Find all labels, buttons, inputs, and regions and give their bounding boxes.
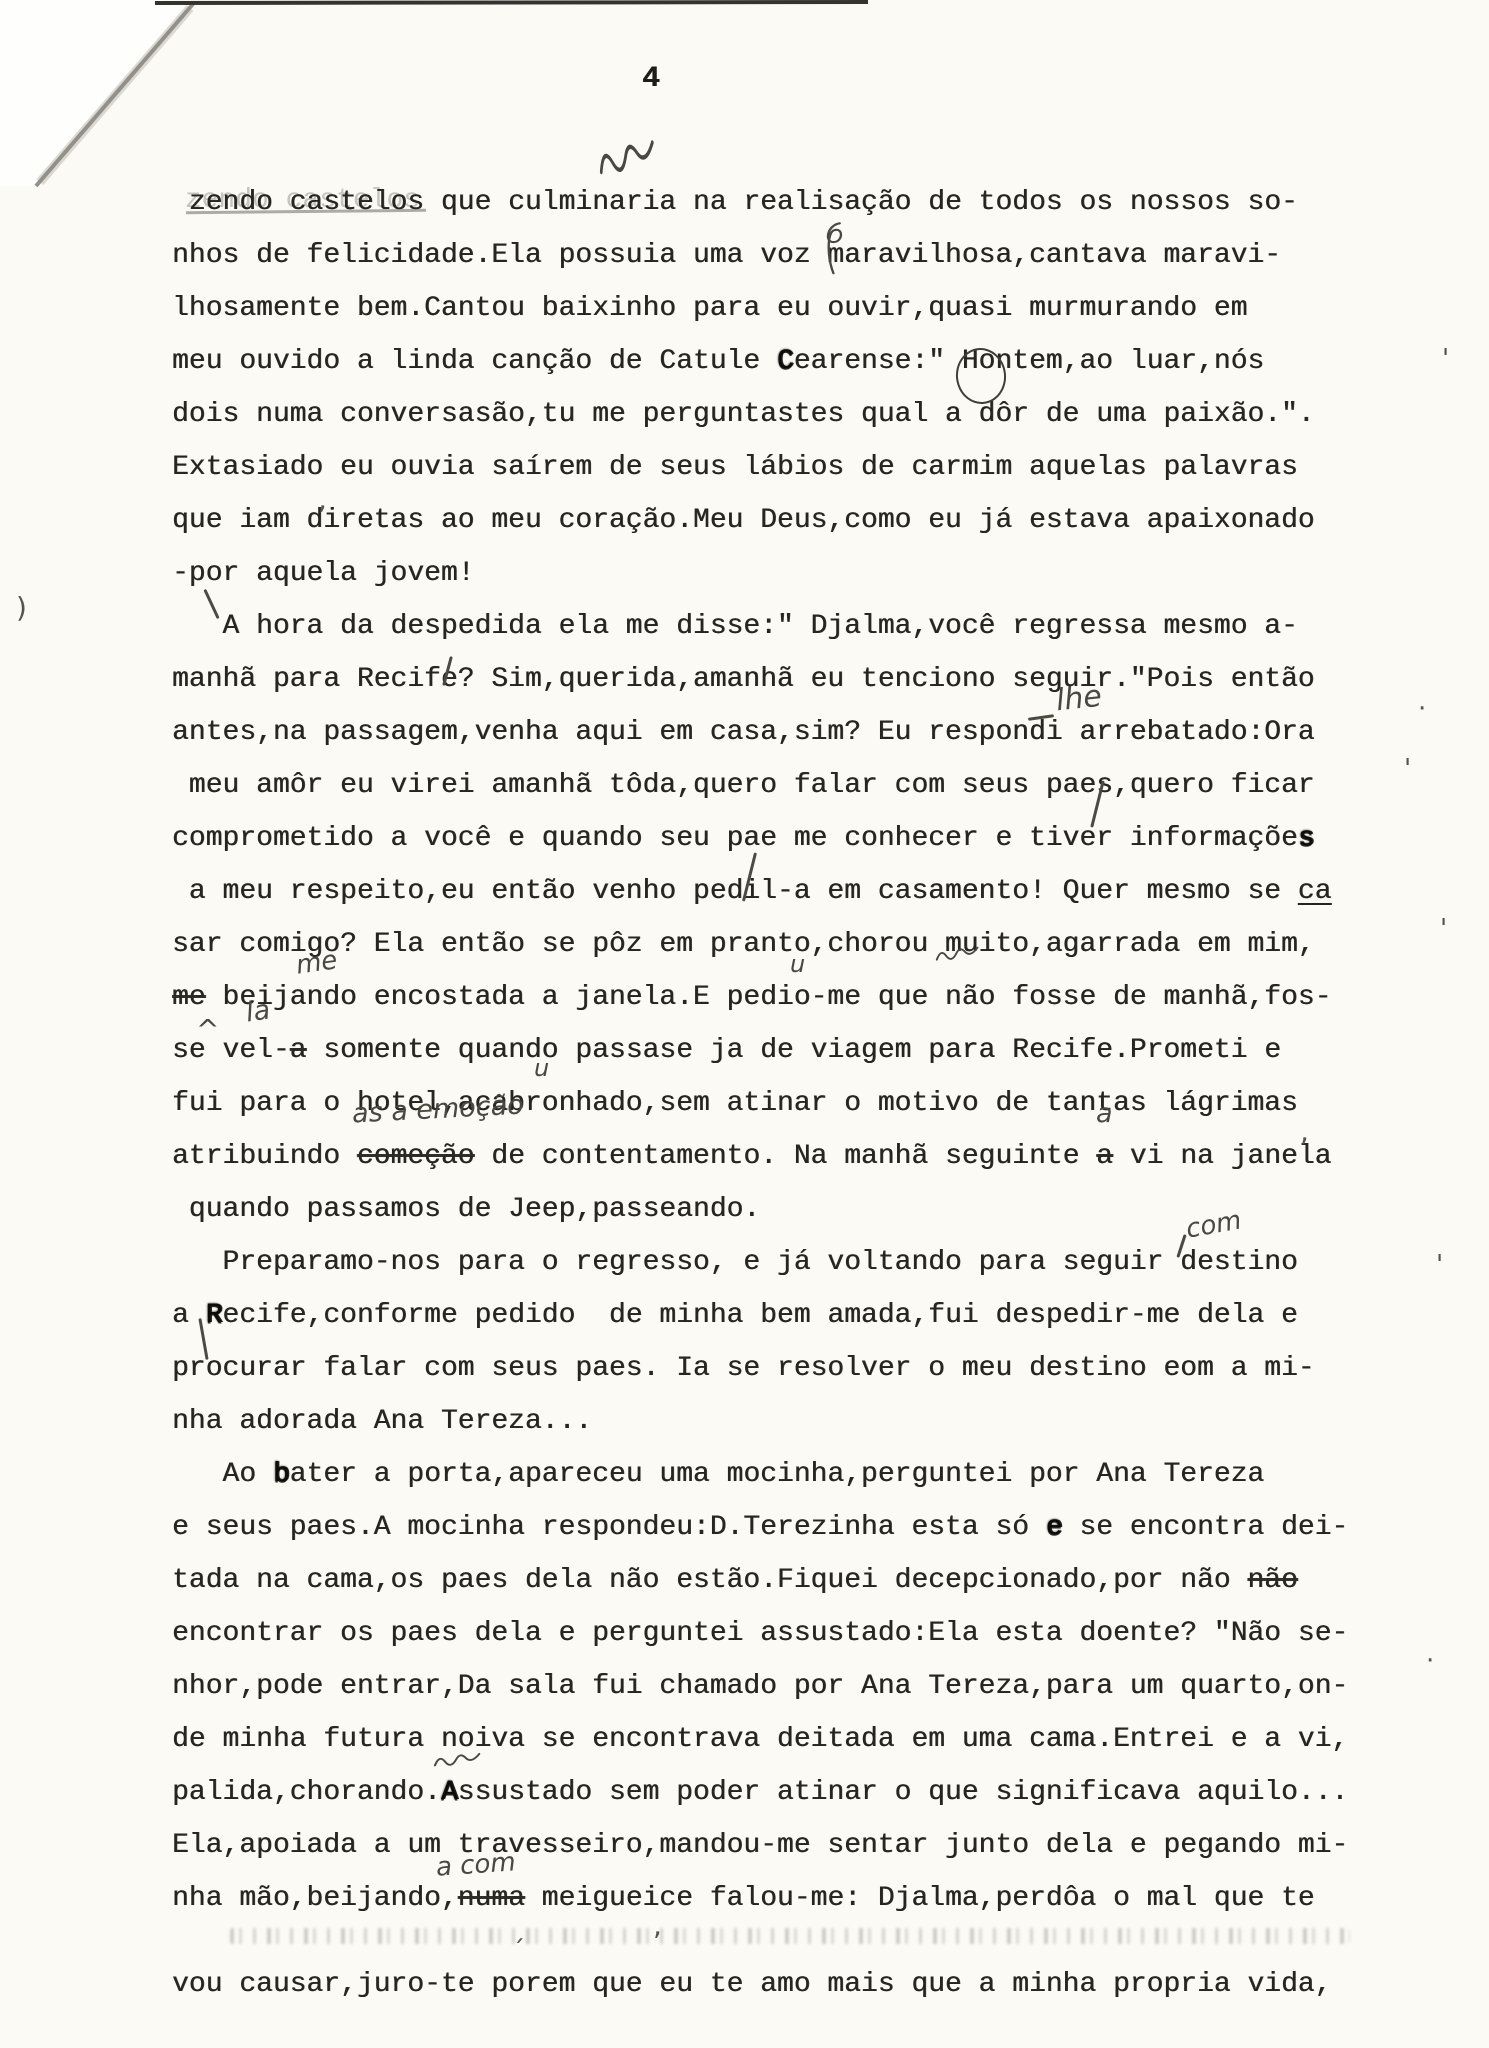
text-segment: nhos de felicidade.Ela possuia uma voz m… bbox=[172, 240, 1281, 271]
text-segment: somente quando passase ja de viagem para… bbox=[306, 1035, 1281, 1066]
text-line: -por aquela jovem! bbox=[172, 547, 1472, 600]
text-line: fui para o hotel,acabronhado,sem atinar … bbox=[172, 1077, 1472, 1130]
folded-corner bbox=[0, 0, 192, 186]
text-segment: que iam diretas ao meu coração.Meu Deus,… bbox=[172, 505, 1315, 536]
text-segment: earense:" Hontem,ao luar,nós bbox=[794, 346, 1264, 377]
text-segment: se encontra dei- bbox=[1063, 1512, 1349, 1543]
text-segment: que culminaria na realisação de todos os… bbox=[424, 187, 1298, 218]
text-segment: beijando encostada a janela.E pedio-me q… bbox=[206, 982, 1332, 1013]
text-segment: fui para o hotel,acabronhado,sem atinar … bbox=[172, 1088, 1298, 1119]
text-segment: nha mão,beijando, bbox=[172, 1883, 458, 1914]
text-line: procurar falar com seus paes. Ia se reso… bbox=[172, 1342, 1472, 1395]
text-line: sar comigo? Ela então se pôz em pranto,c… bbox=[172, 918, 1472, 971]
text-segment: tada na cama,os paes dela não estão.Fiqu… bbox=[172, 1565, 1247, 1596]
text-segment-strike: numa bbox=[458, 1883, 525, 1914]
text-segment: se vel- bbox=[172, 1035, 290, 1066]
text-line: e seus paes.A mocinha respondeu:D.Terezi… bbox=[172, 1501, 1472, 1554]
text-segment: nha adorada Ana Tereza... bbox=[172, 1406, 592, 1437]
fold-crease-line bbox=[36, 4, 193, 186]
scanned-document-page: 4 zendo castelos que culminaria na reali… bbox=[0, 0, 1489, 2048]
text-segment: ssustado sem poder atinar o que signific… bbox=[458, 1777, 1349, 1808]
text-segment: sar comigo? Ela então se pôz em pranto,c… bbox=[172, 929, 1315, 960]
text-segment: Ao bbox=[172, 1459, 273, 1490]
text-line: Ao bater a porta,apareceu uma mocinha,pe… bbox=[172, 1448, 1472, 1501]
text-segment: atribuindo bbox=[172, 1141, 357, 1172]
text-line: nha adorada Ana Tereza... bbox=[172, 1395, 1472, 1448]
text-line: a Recife,conforme pedido de minha bem am… bbox=[172, 1289, 1472, 1342]
text-segment: e seus paes.A mocinha respondeu:D.Terezi… bbox=[172, 1512, 1046, 1543]
text-line: nhor,pode entrar,Da sala fui chamado por… bbox=[172, 1660, 1472, 1713]
text-segment-blot: A bbox=[441, 1777, 458, 1808]
text-line: Extasiado eu ouvia saírem de seus lábios… bbox=[172, 441, 1472, 494]
text-line: se vel-a somente quando passase ja de vi… bbox=[172, 1024, 1472, 1077]
text-segment: vi na janela bbox=[1113, 1141, 1331, 1172]
text-segment: a bbox=[172, 1300, 206, 1331]
text-segment-blot: C bbox=[777, 346, 794, 377]
text-segment: meigueice falou-me: Djalma,perdôa o mal … bbox=[525, 1883, 1315, 1914]
text-segment: de contentamento. Na manhã seguinte bbox=[474, 1141, 1096, 1172]
text-segment-underline: ca bbox=[1298, 876, 1332, 907]
text-segment-strike: começão bbox=[357, 1141, 475, 1172]
text-segment: procurar falar com seus paes. Ia se reso… bbox=[172, 1353, 1315, 1384]
text-segment: vou causar,juro-te porem que eu te amo m… bbox=[172, 1969, 1331, 2000]
text-segment: Extasiado eu ouvia saírem de seus lábios… bbox=[172, 452, 1298, 483]
text-segment: quando passamos de Jeep,passeando. bbox=[172, 1194, 760, 1225]
text-line: Preparamo-nos para o regresso, e já volt… bbox=[172, 1236, 1472, 1289]
text-segment-strike: a bbox=[290, 1035, 307, 1066]
text-line: nha mão,beijando,numa meigueice falou-me… bbox=[172, 1872, 1472, 1925]
text-segment: meu ouvido a linda canção de Catule bbox=[172, 346, 777, 377]
text-segment-blot: s bbox=[1298, 823, 1315, 854]
text-line: palida,chorando.Assustado sem poder atin… bbox=[172, 1766, 1472, 1819]
fold-crease-shadow bbox=[40, 8, 190, 182]
text-line: tada na cama,os paes dela não estão.Fiqu… bbox=[172, 1554, 1472, 1607]
text-line: de minha futura noiva se encontrava deit… bbox=[172, 1713, 1472, 1766]
text-segment: antes,na passagem,venha aqui em casa,sim… bbox=[172, 717, 1315, 748]
text-line: manhã para Recife? Sim,querida,amanhã eu… bbox=[172, 653, 1472, 706]
text-segment: A hora da despedida ela me disse:" Djalm… bbox=[172, 611, 1298, 642]
text-segment: dois numa conversasão,tu me perguntastes… bbox=[172, 399, 1315, 430]
text-segment-blot: R bbox=[206, 1300, 223, 1331]
text-segment-blot: b bbox=[273, 1459, 290, 1490]
text-segment: -por aquela jovem! bbox=[172, 558, 474, 589]
text-segment-strike: não bbox=[1247, 1565, 1297, 1596]
page-top-edge-line bbox=[155, 2, 868, 3]
text-line: meu ouvido a linda canção de Catule Cear… bbox=[172, 335, 1472, 388]
text-line: zendo castelos que culminaria na realisa… bbox=[172, 176, 1472, 229]
page-number: 4 bbox=[642, 62, 661, 96]
text-line: meu amôr eu virei amanhã tôda,quero fala… bbox=[172, 759, 1472, 812]
text-line: atribuindo começão de contentamento. Na … bbox=[172, 1130, 1472, 1183]
text-line: quando passamos de Jeep,passeando. bbox=[172, 1183, 1472, 1236]
text-segment: ater a porta,apareceu uma mocinha,pergun… bbox=[290, 1459, 1265, 1490]
text-segment: palida,chorando. bbox=[172, 1777, 441, 1808]
text-line: Ela,apoiada a um travesseiro,mandou-me s… bbox=[172, 1819, 1472, 1872]
text-line: nhos de felicidade.Ela possuia uma voz m… bbox=[172, 229, 1472, 282]
text-segment: ecife,conforme pedido de minha bem amada… bbox=[222, 1300, 1297, 1331]
text-line: que iam diretas ao meu coração.Meu Deus,… bbox=[172, 494, 1472, 547]
text-line: A hora da despedida ela me disse:" Djalm… bbox=[172, 600, 1472, 653]
text-line: comprometido a você e quando seu pae me … bbox=[172, 812, 1472, 865]
text-line: dois numa conversasão,tu me perguntastes… bbox=[172, 388, 1472, 441]
text-segment-blot: e bbox=[1046, 1512, 1063, 1543]
text-line: vou causar,juro-te porem que eu te amo m… bbox=[172, 1958, 1472, 2011]
text-line: a meu respeito,eu então venho pedil-a em… bbox=[172, 865, 1472, 918]
text-segment: nhor,pode entrar,Da sala fui chamado por… bbox=[172, 1671, 1348, 1702]
text-segment-ghost: zendo castelos bbox=[189, 187, 424, 218]
text-segment: de minha futura noiva se encontrava deit… bbox=[172, 1724, 1348, 1755]
text-segment: meu amôr eu virei amanhã tôda,quero fala… bbox=[172, 770, 1315, 801]
text-segment: Ela,apoiada a um travesseiro,mandou-me s… bbox=[172, 1830, 1348, 1861]
text-segment: lhosamente bem.Cantou baixinho para eu o… bbox=[172, 293, 1247, 324]
text-segment: comprometido a você e quando seu pae me … bbox=[172, 823, 1298, 854]
text-segment: encontrar os paes dela e perguntei assus… bbox=[172, 1618, 1348, 1649]
text-segment: a meu respeito,eu então venho pedil-a em… bbox=[172, 876, 1298, 907]
text-line: encontrar os paes dela e perguntei assus… bbox=[172, 1607, 1472, 1660]
text-segment: Preparamo-nos para o regresso, e já volt… bbox=[172, 1247, 1298, 1278]
text-segment-strike: a bbox=[1096, 1141, 1113, 1172]
stray-mark-left-edge: ) bbox=[16, 594, 27, 622]
text-segment: manhã para Recife? Sim,querida,amanhã eu… bbox=[172, 664, 1315, 695]
text-segment-strike: me bbox=[172, 982, 206, 1013]
text-line: antes,na passagem,venha aqui em casa,sim… bbox=[172, 706, 1472, 759]
document-text: zendo castelos que culminaria na realisa… bbox=[172, 176, 1472, 2011]
text-line: me beijando encostada a janela.E pedio-m… bbox=[172, 971, 1472, 1024]
text-line: lhosamente bem.Cantou baixinho para eu o… bbox=[172, 282, 1472, 335]
